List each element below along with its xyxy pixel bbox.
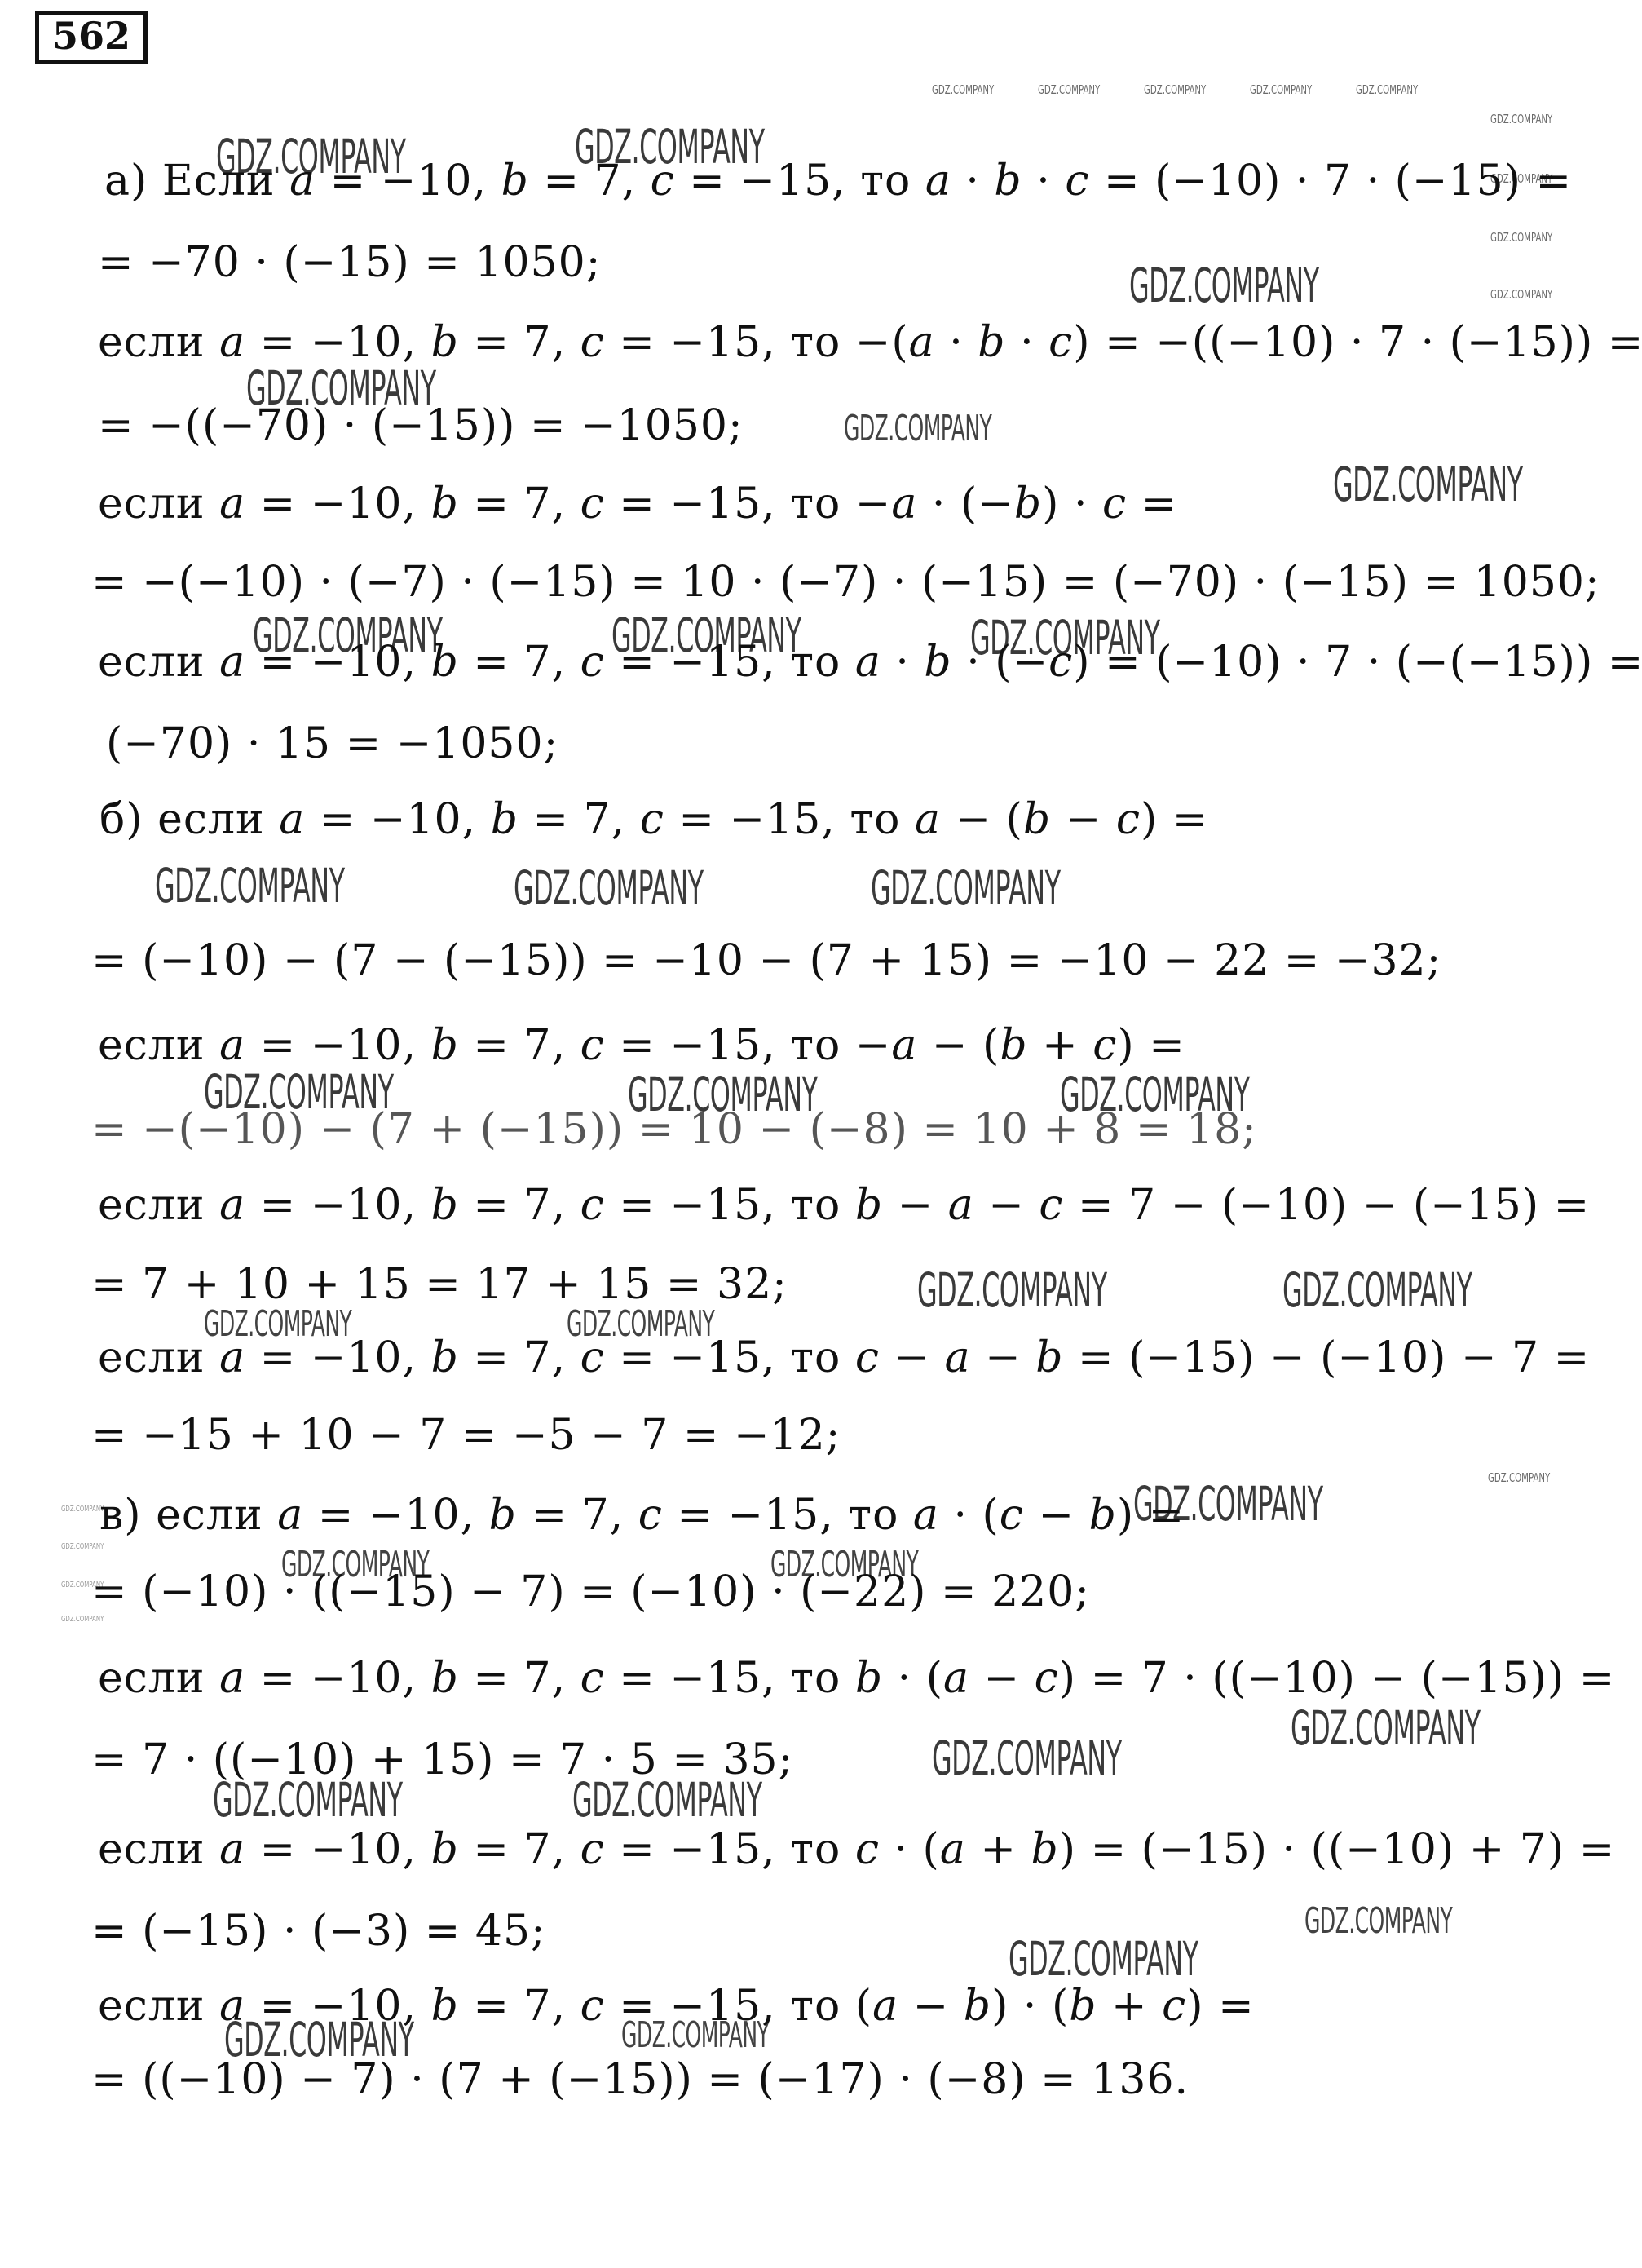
- solution-page: 562 GDZ.COMPANYGDZ.COMPANYGDZ.COMPANYGDZ…: [0, 0, 1642, 2268]
- gdz-company-watermark: GDZ.COMPANY: [932, 82, 994, 97]
- gdz-company-watermark: GDZ.COMPANY: [1144, 82, 1206, 97]
- gdz-company-watermark: GDZ.COMPANY: [932, 1731, 1122, 1786]
- math-line-18: = (−10) · ((−15) − 7) = (−10) · (−22) = …: [91, 1567, 1090, 1616]
- math-line-4: = −((−70) · (−15)) = −1050;: [98, 401, 744, 450]
- math-line-2: = −70 · (−15) = 1050;: [98, 238, 601, 287]
- math-line-22: = (−15) · (−3) = 45;: [91, 1907, 546, 1956]
- gdz-company-watermark: GDZ.COMPANY: [1250, 82, 1312, 97]
- gdz-company-watermark: GDZ.COMPANY: [1490, 287, 1552, 302]
- gdz-company-watermark: GDZ.COMPANY: [871, 860, 1061, 916]
- math-line-16: = −15 + 10 − 7 = −5 − 7 = −12;: [91, 1411, 841, 1460]
- gdz-company-watermark: GDZ.COMPANY: [1333, 457, 1523, 512]
- gdz-company-watermark: GDZ.COMPANY: [155, 858, 345, 913]
- math-line-20: = 7 · ((−10) + 15) = 7 · 5 = 35;: [91, 1735, 793, 1784]
- gdz-company-watermark: GDZ.COMPANY: [1291, 1700, 1481, 1756]
- math-line-9: б) если a = −10, b = 7, c = −15, то a − …: [99, 795, 1208, 844]
- gdz-company-watermark: GDZ.COMPANY: [1304, 1900, 1452, 1942]
- math-line-7: если a = −10, b = 7, c = −15, то a · b ·…: [98, 638, 1642, 687]
- gdz-company-watermark: GDZ.COMPANY: [1356, 82, 1418, 97]
- gdz-company-watermark: GDZ.COMPANY: [1490, 112, 1552, 126]
- gdz-company-watermark: GDZ.COMPANY: [1038, 82, 1100, 97]
- math-line-14: = 7 + 10 + 15 = 17 + 15 = 32;: [91, 1260, 788, 1309]
- problem-number-badge: 562: [35, 11, 148, 64]
- gdz-company-watermark: GDZ.COMPANY: [1129, 258, 1319, 313]
- math-line-1: а) Если a = −10, b = 7, c = −15, то a · …: [104, 157, 1572, 206]
- gdz-company-watermark: GDZ.COMPANY: [514, 860, 704, 916]
- gdz-company-watermark: GDZ.COMPANY: [1009, 1931, 1198, 1987]
- math-line-17: в) если a = −10, b = 7, c = −15, то a · …: [99, 1491, 1185, 1540]
- gdz-company-watermark: GDZ.COMPANY: [1490, 230, 1552, 245]
- math-line-8: (−70) · 15 = −1050;: [106, 719, 558, 768]
- gdz-company-watermark: GDZ.COMPANY: [61, 1505, 104, 1514]
- gdz-company-watermark: GDZ.COMPANY: [1282, 1262, 1472, 1318]
- math-line-11: если a = −10, b = 7, c = −15, то −a − (b…: [98, 1021, 1185, 1070]
- gdz-company-watermark: GDZ.COMPANY: [917, 1262, 1107, 1318]
- math-line-6: = −(−10) · (−7) · (−15) = 10 · (−7) · (−…: [91, 558, 1600, 607]
- math-line-12: = −(−10) − (7 + (−15)) = 10 − (−8) = 10 …: [91, 1105, 1257, 1154]
- math-line-23: если a = −10, b = 7, c = −15, то (a − b)…: [98, 1982, 1255, 2031]
- gdz-company-watermark: GDZ.COMPANY: [61, 1542, 104, 1551]
- math-line-10: = (−10) − (7 − (−15)) = −10 − (7 + 15) =…: [91, 936, 1441, 985]
- math-line-13: если a = −10, b = 7, c = −15, то b − a −…: [98, 1181, 1590, 1230]
- math-line-24: = ((−10) − 7) · (7 + (−15)) = (−17) · (−…: [91, 2055, 1189, 2104]
- gdz-company-watermark: GDZ.COMPANY: [844, 408, 991, 449]
- math-line-15: если a = −10, b = 7, c = −15, то c − a −…: [98, 1333, 1590, 1382]
- gdz-company-watermark: GDZ.COMPANY: [1488, 1470, 1550, 1485]
- math-line-3: если a = −10, b = 7, c = −15, то −(a · b…: [98, 318, 1642, 367]
- math-line-21: если a = −10, b = 7, c = −15, то c · (a …: [98, 1825, 1615, 1874]
- math-line-5: если a = −10, b = 7, c = −15, то −a · (−…: [98, 480, 1177, 528]
- math-line-19: если a = −10, b = 7, c = −15, то b · (a …: [98, 1654, 1615, 1703]
